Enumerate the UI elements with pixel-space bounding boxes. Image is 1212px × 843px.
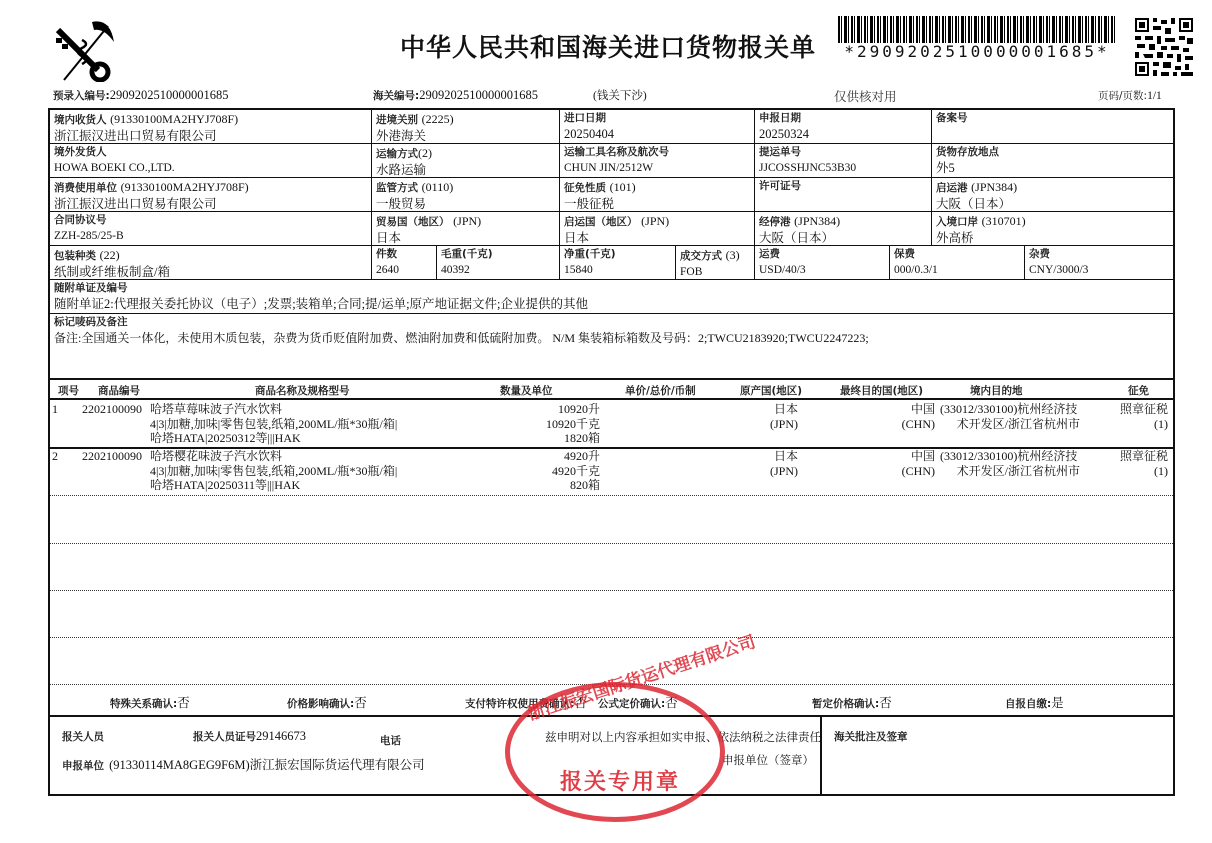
customs-approval-label: 海关批注及签章 — [834, 729, 908, 744]
destination-country: 中国 — [845, 449, 935, 464]
field-departure-port: 启运港 (JPN384) 大阪（日本） — [932, 178, 1175, 212]
destination-country: 中国 — [845, 402, 935, 417]
customs-emblem-icon — [52, 18, 118, 82]
barcode — [838, 16, 1116, 43]
item-number: 1 — [52, 402, 58, 417]
field-transit-port: 经停港 (JPN384) 大阪（日本） — [755, 212, 932, 246]
field-consignee: 境内收货人 (91330100MA2HYJ708F) 浙江振汉进出口贸易有限公司 — [50, 110, 372, 144]
check-only-note: 仅供核对用 — [834, 87, 897, 105]
field-entry-port: 入境口岸 (310701) 外高桥 — [932, 212, 1175, 246]
confirmation-item: 公式定价确认:否 — [598, 693, 678, 711]
field-misc-fee: 杂费CNY/3000/3 — [1025, 246, 1175, 280]
customs-number: 海关编号:2909202510000001685 — [373, 88, 538, 103]
confirmation-item: 特殊关系确认:否 — [110, 693, 190, 711]
goods-spec: 4|3|加糖,加味|零售包装,纸箱,200ML/瓶*30瓶/箱| — [150, 417, 397, 432]
column-header: 征免 — [1128, 383, 1149, 398]
field-levy-nature: 征免性质 (101) 一般征税 — [560, 178, 755, 212]
quantity-liters: 4920升 — [490, 449, 600, 464]
document-title: 中华人民共和国海关进口货物报关单 — [400, 28, 816, 64]
phone-label: 电话 — [380, 729, 401, 748]
field-entry-customs: 进境关别 (2225) 外港海关 — [372, 110, 560, 144]
field-documents: 随附单证及编号随附单证2:代理报关委托协议（电子）;发票;装箱单;合同;提/运单… — [50, 280, 1175, 314]
qr-code-icon — [1135, 18, 1193, 76]
field-pieces: 件数2640 — [372, 246, 437, 280]
table-row: 12202100090哈塔草莓味波子汽水饮料4|3|加糖,加味|零售包装,纸箱,… — [50, 401, 1173, 449]
origin-code: (JPN) — [730, 417, 798, 432]
column-header: 最终目的国(地区) — [840, 383, 923, 398]
declaration-form: 境内收货人 (91330100MA2HYJ708F) 浙江振汉进出口贸易有限公司… — [48, 108, 1175, 796]
column-header: 单价/总价/币制 — [625, 383, 696, 398]
field-departure-country: 启运国（地区） (JPN) 日本 — [560, 212, 755, 246]
quantity-boxes: 820箱 — [490, 478, 600, 493]
customs-office: (钱关下沙) — [593, 87, 647, 103]
column-header: 原产国(地区) — [740, 383, 802, 398]
field-consumer: 消费使用单位 (91330100MA2HYJ708F) 浙江振汉进出口贸易有限公… — [50, 178, 372, 212]
field-trade-country: 贸易国（地区） (JPN) 日本 — [372, 212, 560, 246]
pre-entry-number: 预录入编号:2909202510000001685 — [53, 88, 228, 103]
table-row: 22202100090哈塔樱花味波子汽水饮料4|3|加糖,加味|零售包装,纸箱,… — [50, 448, 1173, 494]
quantity-kg: 4920千克 — [490, 464, 600, 479]
levy-code: (1) — [1100, 464, 1168, 479]
levy-method: 照章征税 — [1100, 402, 1168, 417]
field-net-weight: 净重(千克)15840 — [560, 246, 676, 280]
field-import-date: 进口日期20250404 — [560, 110, 755, 144]
domestic-destination: (33012/330100)杭州经济技 — [940, 449, 1100, 464]
sign-label: 申报单位（签章） — [722, 752, 814, 768]
barcode-text: *2909202510000001685* — [838, 42, 1116, 61]
field-remarks: 标记唛码及备注备注:全国通关一体化，未使用木质包装，杂费为货币贬值附加费、燃油附… — [50, 314, 1175, 380]
goods-brand: 哈塔HATA|20250312等|||HAK — [150, 431, 301, 446]
column-header: 境内目的地 — [970, 383, 1023, 398]
field-bl-no: 提运单号JJCOSSHJNC53B30 — [755, 144, 932, 178]
field-freight: 运费USD/40/3 — [755, 246, 890, 280]
declaration-statement: 兹申明对以上内容承担如实申报、依法纳税之法律责任 — [545, 729, 821, 745]
column-header: 商品名称及规格型号 — [255, 383, 350, 398]
confirmation-item: 自报自缴:是 — [1005, 693, 1064, 711]
hs-code: 2202100090 — [82, 449, 142, 464]
field-storage: 货物存放地点外5 — [932, 144, 1175, 178]
field-vessel: 运输工具名称及航次号CHUN JIN/2512W — [560, 144, 755, 178]
field-transport-mode: 运输方式(2) 水路运输 — [372, 144, 560, 178]
page-indicator: 页码/页数:1/1 — [1098, 88, 1162, 103]
declarant-unit: 申报单位 (91330114MA8GEG9F6M)浙江振宏国际货运代理有限公司 — [62, 754, 425, 773]
field-transaction-mode: 成交方式 (3) FOB — [676, 246, 755, 280]
field-insurance: 保费000/0.3/1 — [890, 246, 1025, 280]
field-package-type: 包装种类 (22) 纸制或纤维板制盒/箱 — [50, 246, 372, 280]
domestic-destination: (33012/330100)杭州经济技 — [940, 402, 1100, 417]
field-supervision: 监管方式 (0110) 一般贸易 — [372, 178, 560, 212]
declarer-line: 报关人员 — [62, 729, 104, 744]
column-header: 项号 — [58, 383, 79, 398]
column-header: 数量及单位 — [500, 383, 553, 398]
domestic-destination-line2: 术开发区/浙江省杭州市 — [940, 464, 1080, 479]
quantity-boxes: 1820箱 — [490, 431, 600, 446]
hs-code: 2202100090 — [82, 402, 142, 417]
declarer-cert: 报关人员证号29146673 — [193, 729, 306, 744]
field-contract-no: 合同协议号ZZH-285/25-B — [50, 212, 372, 246]
column-header: 商品编号 — [98, 383, 140, 398]
confirmation-item: 暂定价格确认:否 — [812, 693, 892, 711]
field-consignor: 境外发货人HOWA BOEKI CO.,LTD. — [50, 144, 372, 178]
levy-method: 照章征税 — [1100, 449, 1168, 464]
domestic-destination-line2: 术开发区/浙江省杭州市 — [940, 417, 1080, 432]
field-declare-date: 申报日期20250324 — [755, 110, 932, 144]
confirmation-item: 支付特许权使用费确认:否 — [465, 693, 587, 711]
field-license-no: 许可证号 — [755, 178, 932, 212]
item-number: 2 — [52, 449, 58, 464]
goods-name: 哈塔樱花味波子汽水饮料 — [150, 449, 282, 464]
goods-brand: 哈塔HATA|20250311等|||HAK — [150, 478, 300, 493]
goods-spec: 4|3|加糖,加味|零售包装,纸箱,200ML/瓶*30瓶/箱| — [150, 464, 397, 479]
quantity-kg: 10920千克 — [490, 417, 600, 432]
quantity-liters: 10920升 — [490, 402, 600, 417]
destination-code: (CHN) — [845, 464, 935, 479]
origin-country: 日本 — [730, 402, 798, 417]
field-record-no: 备案号 — [932, 110, 1175, 144]
levy-code: (1) — [1100, 417, 1168, 432]
field-gross-weight: 毛重(千克)40392 — [437, 246, 560, 280]
confirmation-item: 价格影响确认:否 — [287, 693, 367, 711]
goods-name: 哈塔草莓味波子汽水饮料 — [150, 402, 282, 417]
origin-country: 日本 — [730, 449, 798, 464]
origin-code: (JPN) — [730, 464, 798, 479]
destination-code: (CHN) — [845, 417, 935, 432]
